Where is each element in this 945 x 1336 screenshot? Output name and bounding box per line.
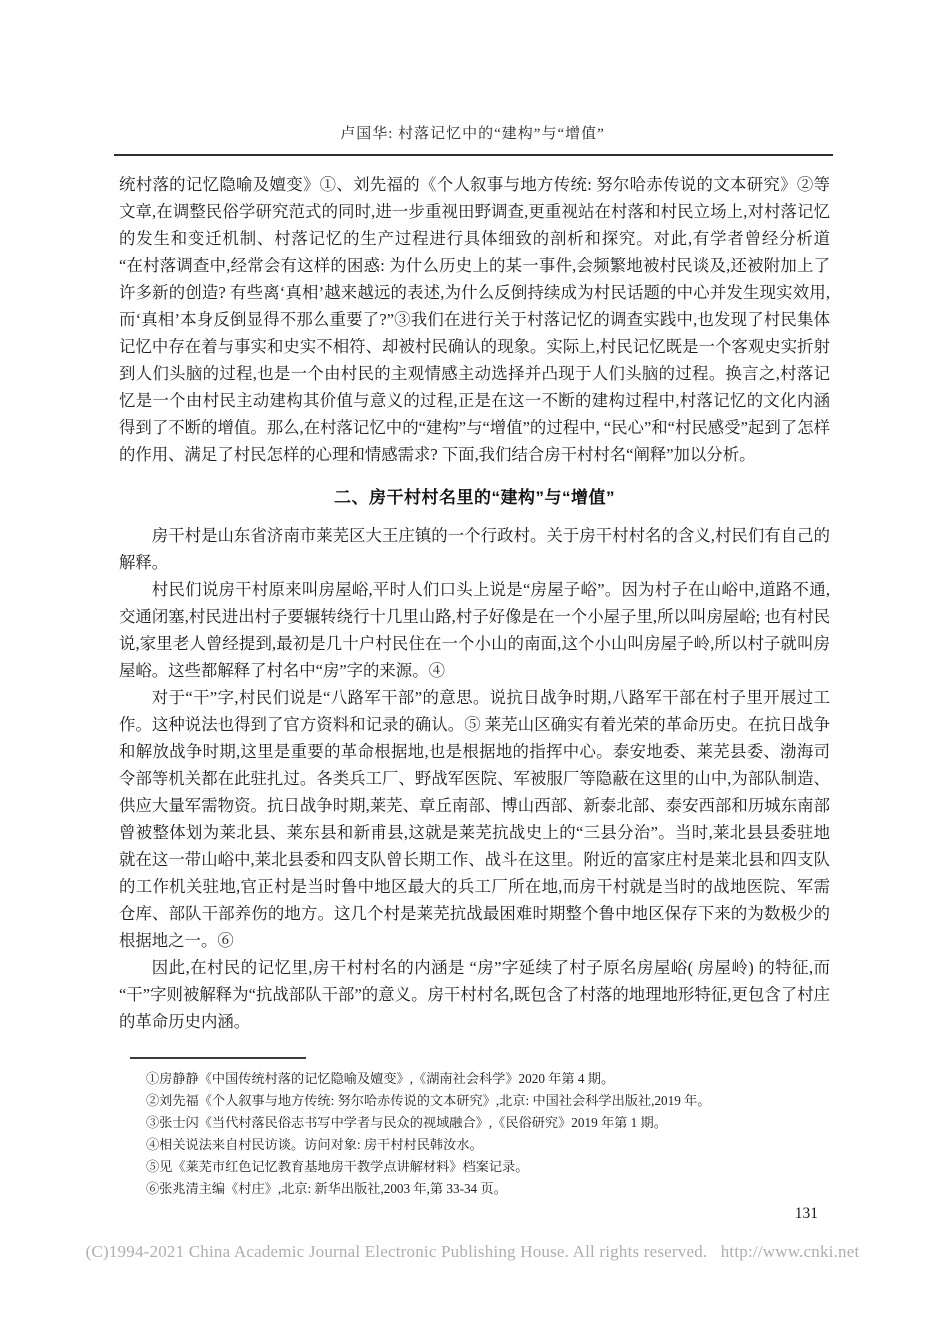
page-number: 131: [119, 1205, 830, 1223]
paragraph: 村民们说房干村原来叫房屋峪,平时人们口头上说是“房屋子峪”。因为村子在山峪中,道…: [119, 576, 830, 684]
paragraph: 房干村是山东省济南市莱芜区大王庄镇的一个行政村。关于房干村村名的含义,村民们有自…: [119, 522, 830, 576]
journal-page: 卢国华: 村落记忆中的“建构”与“增值” 统村落的记忆隐喻及嬗变》①、刘先福的《…: [0, 0, 945, 1336]
footnote: ③张士闪《当代村落民俗志书写中学者与民众的视域融合》,《民俗研究》2019 年第…: [119, 1112, 830, 1134]
copyright-watermark: (C)1994-2021 China Academic Journal Elec…: [0, 1242, 945, 1262]
footnotes-block: ①房静静《中国传统村落的记忆隐喻及嬗变》,《湖南社会科学》2020 年第 4 期…: [119, 1068, 830, 1200]
footnote: ④相关说法来自村民访谈。访问对象: 房干村村民韩汝水。: [119, 1134, 830, 1156]
footnote: ②刘先福《个人叙事与地方传统: 努尔哈赤传说的文本研究》,北京: 中国社会科学出…: [119, 1090, 830, 1112]
footnote: ⑥张兆清主编《村庄》,北京: 新华出版社,2003 年,第 33-34 页。: [119, 1178, 830, 1200]
footnote: ①房静静《中国传统村落的记忆隐喻及嬗变》,《湖南社会科学》2020 年第 4 期…: [119, 1068, 830, 1090]
running-head: 卢国华: 村落记忆中的“建构”与“增值”: [0, 122, 945, 143]
section-heading: 二、房干村村名里的“建构”与“增值”: [119, 483, 830, 508]
paragraph: 对于“干”字,村民们说是“八路军干部”的意思。说抗日战争时期,八路军干部在村子里…: [119, 684, 830, 954]
footnote-divider: [130, 1057, 306, 1059]
footnote: ⑤见《莱芜市红色记忆教育基地房干教学点讲解材料》档案记录。: [119, 1156, 830, 1178]
article-body: 统村落的记忆隐喻及嬗变》①、刘先福的《个人叙事与地方传统: 努尔哈赤传说的文本研…: [119, 171, 830, 1223]
header-divider: [114, 154, 833, 156]
paragraph: 因此,在村民的记忆里,房干村村名的内涵是 “房”字延续了村子原名房屋峪( 房屋岭…: [119, 954, 830, 1035]
paragraph-continuation: 统村落的记忆隐喻及嬗变》①、刘先福的《个人叙事与地方传统: 努尔哈赤传说的文本研…: [119, 171, 830, 468]
